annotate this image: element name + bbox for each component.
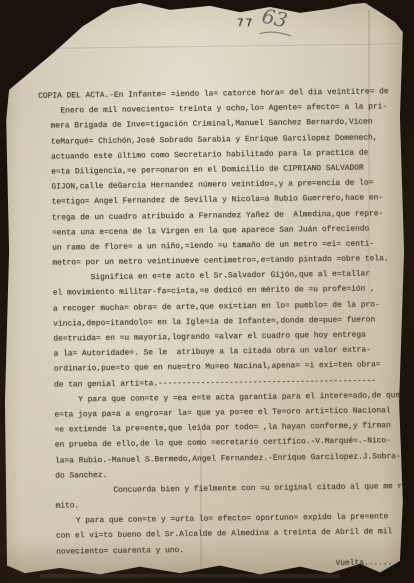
paragraph: Concuerda bien y fielmente con =u origin… <box>55 479 403 514</box>
scan-artifact <box>40 574 340 578</box>
document-text: COPIA DEL ACTA.-En Infante= =iendo la= c… <box>50 84 404 575</box>
document-page: 77 63 COPIA DEL ACTA.-En Infante= =iendo… <box>0 0 414 583</box>
page-number-typed: 77 <box>237 17 254 31</box>
paragraph: Significa en e=te acto el Sr.Salvador Gi… <box>52 266 402 392</box>
paragraph: COPIA DEL ACTA.-En Infante= =iendo la= c… <box>50 84 400 271</box>
scan-background: 77 63 COPIA DEL ACTA.-En Infante= =iendo… <box>0 0 414 583</box>
paragraph: Y para que con=te y =ea e=te acta garant… <box>54 388 403 484</box>
ink-mark <box>17 56 27 65</box>
paragraph: Y para que con=te y =urta lo= efecto= op… <box>56 509 405 559</box>
